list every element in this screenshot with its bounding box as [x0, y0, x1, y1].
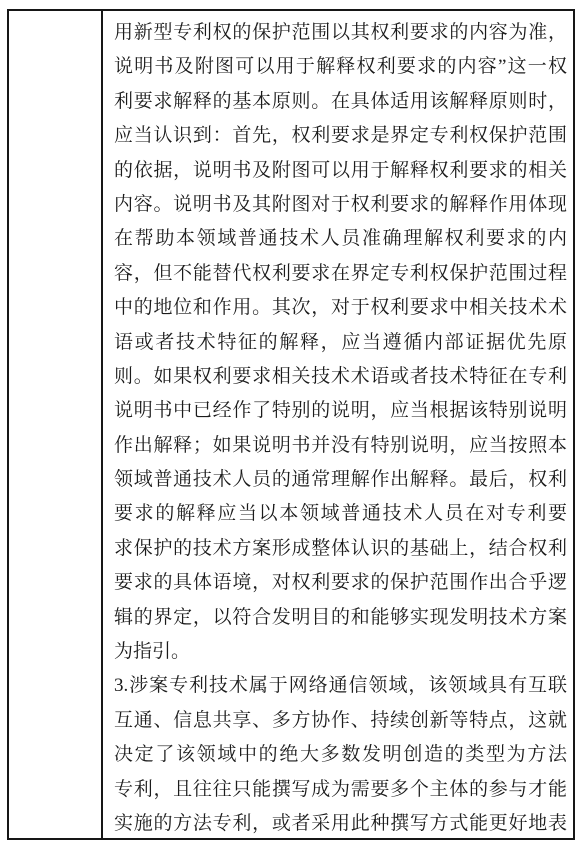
table-text-cell: 用新型专利权的保护范围以其权利要求的内容为准， 说明书及附图可以用于解释权利要求… — [103, 11, 573, 838]
text-line: 决定了该领域中的绝大多数发明创造的类型为方法 — [114, 738, 567, 772]
text-line: 专利，且往往只能撰写成为需要多个主体的参与才能 — [114, 773, 567, 807]
text-line: 说明书及附图可以用于解释权利要求的内容”这一权 — [114, 50, 567, 84]
text-line: 容，但不能替代权利要求在界定专利权保护范围过程 — [114, 257, 567, 291]
text-line-paragraph-end: 为指引。 — [114, 635, 567, 669]
text-line: 中的地位和作用。其次，对于权利要求中相关技术术 — [114, 291, 567, 325]
text-line-item-3-start: 3.涉案专利技术属于网络通信领域，该领域具有互联 — [114, 669, 567, 703]
table-empty-left-cell — [9, 11, 103, 838]
text-line: 互通、信息共享、多方协作、持续创新等特点，这就 — [114, 704, 567, 738]
text-line: 在帮助本领域普通技术人员准确理解权利要求的内 — [114, 222, 567, 256]
document-table: 用新型专利权的保护范围以其权利要求的内容为准， 说明书及附图可以用于解释权利要求… — [7, 9, 575, 840]
text-line: 利要求解释的基本原则。在具体适用该解释原则时， — [114, 85, 567, 119]
text-line: 内容。说明书及其附图对于权利要求的解释作用体现 — [114, 188, 567, 222]
document-page: 用新型专利权的保护范围以其权利要求的内容为准， 说明书及附图可以用于解释权利要求… — [0, 0, 585, 845]
text-line: 实施的方法专利，或者采用此种撰写方式能更好地表 — [114, 807, 567, 838]
text-line: 作出解释；如果说明书并没有特别说明，应当按照本 — [114, 429, 567, 463]
text-line: 说明书中已经作了特别的说明，应当根据该特别说明 — [114, 394, 567, 428]
text-line: 求保护的技术方案形成整体认识的基础上，结合权利 — [114, 532, 567, 566]
text-line: 用新型专利权的保护范围以其权利要求的内容为准， — [114, 16, 567, 50]
text-line: 语或者技术特征的解释，应当遵循内部证据优先原 — [114, 326, 567, 360]
text-line: 要求的具体语境，对权利要求的保护范围作出合乎逻 — [114, 566, 567, 600]
text-line: 则。如果权利要求相关技术术语或者技术特征在专利 — [114, 360, 567, 394]
text-line: 的依据，说明书及附图可以用于解释权利要求的相关 — [114, 154, 567, 188]
text-line: 辑的界定，以符合发明目的和能够实现发明技术方案 — [114, 601, 567, 635]
text-line: 领域普通技术人员的通常理解作出解释。最后，权利 — [114, 463, 567, 497]
text-line: 要求的解释应当以本领域普通技术人员在对专利要 — [114, 497, 567, 531]
text-line: 应当认识到：首先，权利要求是界定专利权保护范围 — [114, 119, 567, 153]
